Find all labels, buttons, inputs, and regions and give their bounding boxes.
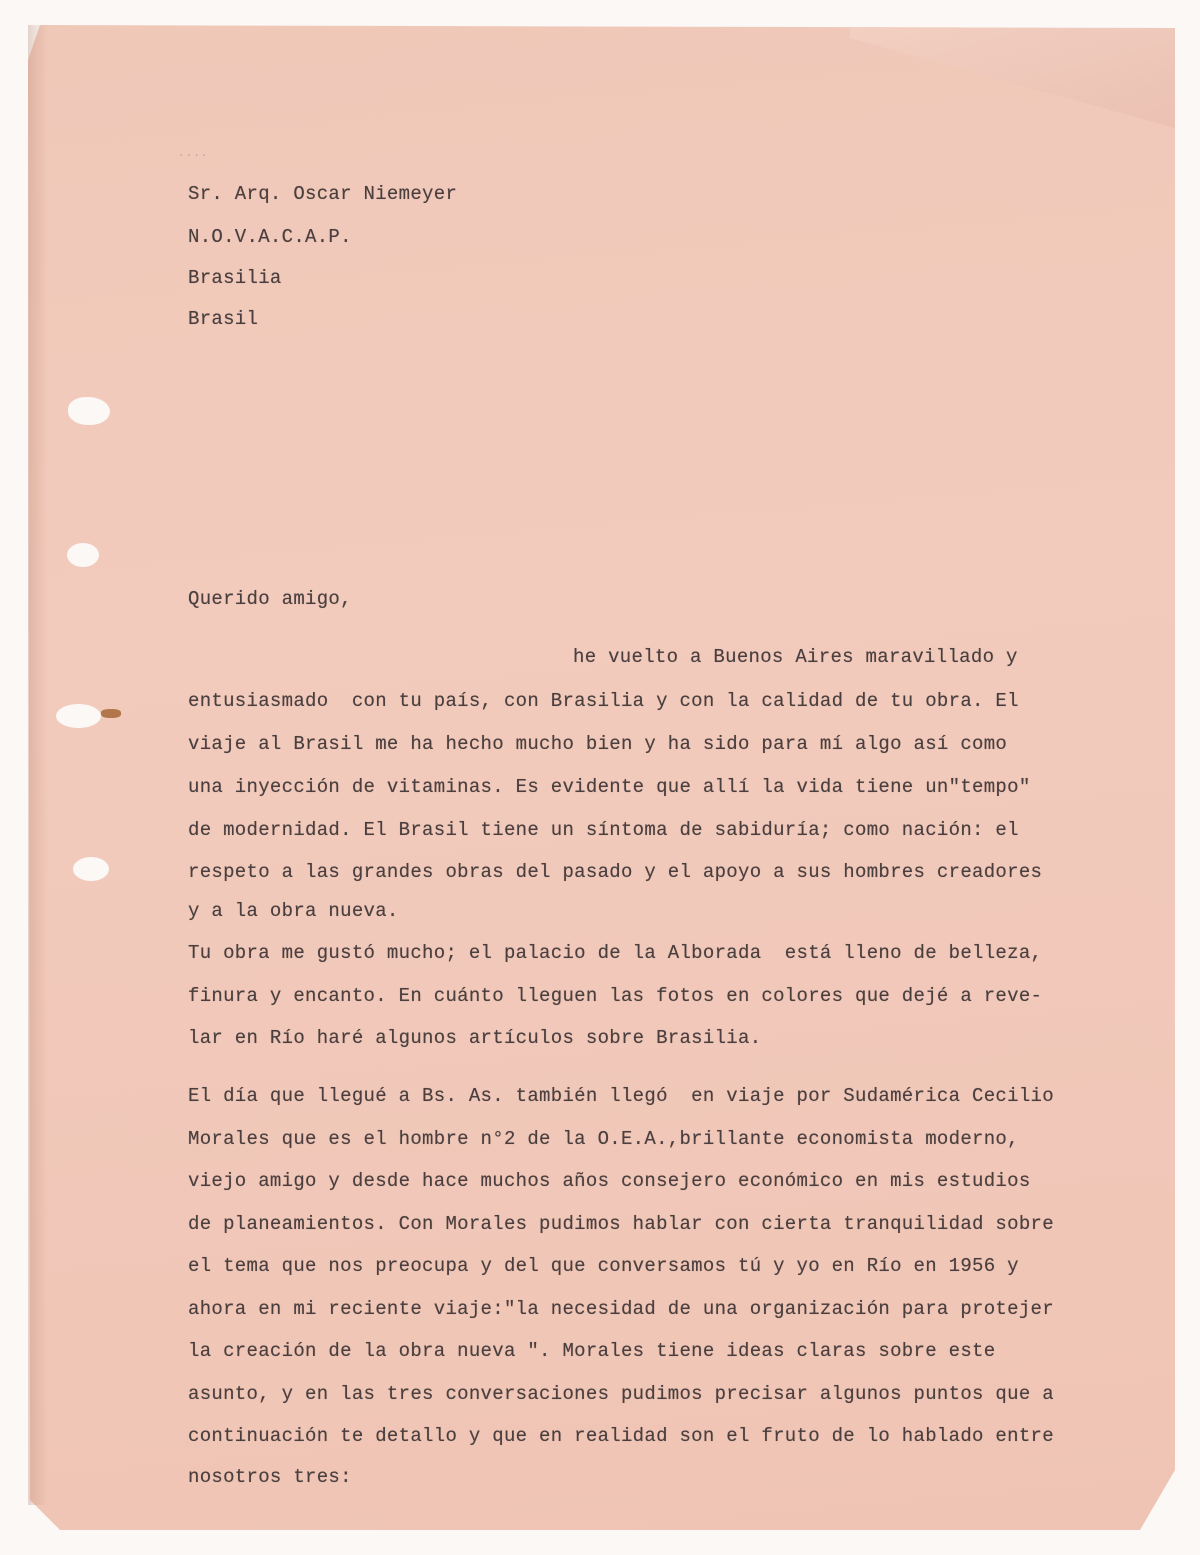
body-line: viejo amigo y desde hace muchos años con… [188,1170,1031,1192]
body-line: nosotros tres: [188,1466,352,1488]
body-line: el tema que nos preocupa y del que conve… [188,1255,1019,1277]
rust-stain [101,709,121,718]
body-line: asunto, y en las tres conversaciones pud… [188,1383,1054,1405]
salutation: Querido amigo, [188,588,352,610]
recipient-organization: N.O.V.A.C.A.P. [188,226,352,248]
punch-hole [68,397,110,425]
recipient-city: Brasilia [188,267,282,289]
body-line: una inyección de vitaminas. Es evidente … [188,776,1031,798]
punch-hole [67,543,99,567]
body-line: ahora en mi reciente viaje:"la necesidad… [188,1298,1054,1320]
body-line: finura y encanto. En cuánto lleguen las … [188,985,1042,1007]
body-line: la creación de la obra nueva ". Morales … [188,1340,995,1362]
body-line: entusiasmado con tu país, con Brasilia y… [188,690,1019,712]
recipient-country: Brasil [188,308,258,330]
paper-left-edge [28,25,48,1505]
recipient-name: Sr. Arq. Oscar Niemeyer [188,183,457,205]
body-line: de planeamientos. Con Morales pudimos ha… [188,1213,1054,1235]
punch-hole [73,857,109,881]
body-line: de modernidad. El Brasil tiene un síntom… [188,819,1019,841]
body-line: y a la obra nueva. [188,900,399,922]
body-line: Tu obra me gustó mucho; el palacio de la… [188,942,1042,964]
body-line: respeto a las grandes obras del pasado y… [188,861,1042,883]
body-line: he vuelto a Buenos Aires maravillado y [573,646,1018,668]
body-line: El día que llegué a Bs. As. también lleg… [188,1085,1054,1107]
body-line: Morales que es el hombre n°2 de la O.E.A… [188,1128,1019,1150]
punch-hole [56,704,101,728]
body-line: continuación te detallo y que en realida… [188,1425,1054,1447]
faint-stamp: .... [178,148,208,160]
body-line: lar en Río haré algunos artículos sobre … [188,1027,761,1049]
body-line: viaje al Brasil me ha hecho mucho bien y… [188,733,1007,755]
